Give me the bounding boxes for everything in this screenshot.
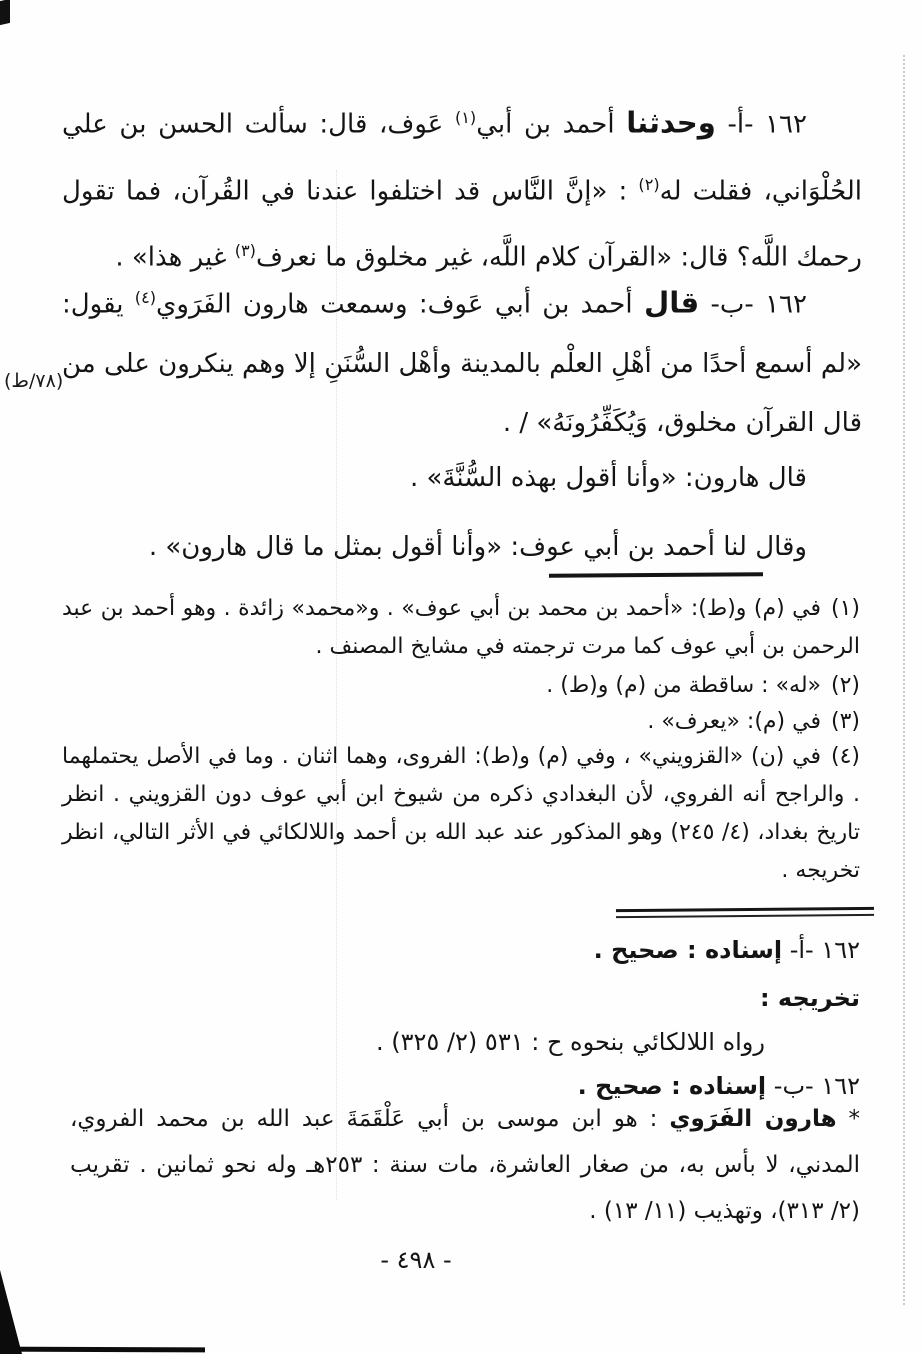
- text-segment: قال: [644, 286, 699, 320]
- footnote-3: (٣)في (م): «يعرف» .: [62, 703, 860, 741]
- matn-saying-ahmad: وقال لنا أحمد بن أبي عوف: «وأنا أقول بمث…: [62, 518, 862, 577]
- text-segment: (٣): [235, 241, 256, 260]
- scanned-book-page: ١٦٢ -أ- وحدثنا أحمد بن أبي(١) عَوف، قال:…: [0, 0, 922, 1354]
- text-segment: (١): [455, 108, 476, 127]
- scan-artifact-dotted-line-right: [903, 55, 905, 1305]
- text-segment: *: [837, 1106, 860, 1132]
- footnote-2: (٢)«له» : ساقطة من (م) و(ط) .: [62, 667, 860, 705]
- footnote-marker: (١): [831, 596, 860, 621]
- text-segment: وحدثنا: [626, 106, 716, 140]
- grading-entry-162a: ١٦٢ -أ- إسناده : صحيح .: [62, 928, 860, 972]
- matn-paragraph-162b: ١٦٢ -ب- قال أحمد بن أبي عَوف: وسمعت هارو…: [62, 268, 862, 453]
- grading-divider-double-rule: [616, 907, 874, 918]
- matn-saying-harun: قال هارون: «وأنا أقول بهذه السُّنَّةَ» .: [62, 449, 862, 508]
- takhrij-heading: تخريجه :: [62, 976, 860, 1020]
- narrator-biography-note: * هارون الفَرَوي : هو ابن موسى بن أبي عَ…: [70, 1096, 860, 1234]
- text-segment: أحمد بن أبي: [476, 110, 626, 140]
- text-segment: هارون الفَرَوي: [669, 1106, 836, 1132]
- footnote-marker: (٢): [831, 673, 860, 698]
- matn-paragraph-162a: ١٦٢ -أ- وحدثنا أحمد بن أبي(١) عَوف، قال:…: [62, 88, 862, 288]
- folio-margin-note: (٧٨/ط): [4, 370, 63, 392]
- footnote-text: «له» : ساقطة من (م) و(ط) .: [546, 673, 821, 698]
- text-segment: إسناده : صحيح .: [594, 936, 782, 964]
- footnote-marker: (٤): [831, 744, 860, 769]
- scan-artifact-bottom-edge-strip: [0, 1347, 205, 1353]
- footnote-1: (١)في (م) و(ط): «أحمد بن محمد بن أبي عوف…: [62, 590, 860, 666]
- scan-artifact-bottom-left-wedge: [0, 1270, 22, 1354]
- text-segment: (٤): [135, 288, 156, 307]
- footnote-text: في (م) و(ط): «أحمد بن محمد بن أبي عوف» .…: [62, 596, 860, 659]
- takhrij-reference-line: رواه اللالكائي بنحوه ح : ٥٣١ (٢/ ٣٢٥) .: [0, 1020, 860, 1064]
- text-segment: (٢): [638, 175, 659, 194]
- page-number: - ٤٩٨ -: [0, 1246, 877, 1274]
- text-segment: ١٦٢ -أ-: [716, 110, 807, 140]
- divider-bar: [616, 914, 874, 918]
- scan-artifact-top-left-mark: [0, 0, 10, 25]
- text-segment: ١٦٢ -أ-: [782, 936, 860, 964]
- divider-bar: [616, 907, 874, 912]
- text-segment: ١٦٢ -ب-: [699, 290, 807, 320]
- footnote-text: في (م): «يعرف» .: [647, 709, 821, 734]
- scan-artifact-dotted-line-middle: [336, 170, 337, 1200]
- text-segment: أحمد بن أبي عَوف: وسمعت هارون الفَرَوي: [156, 290, 644, 320]
- footnote-4: (٤)في (ن) «القزويني» ، وفي (م) و(ط): الف…: [62, 738, 860, 890]
- footnote-marker: (٣): [831, 709, 860, 734]
- footnote-text: في (ن) «القزويني» ، وفي (م) و(ط): الفروى…: [62, 744, 860, 883]
